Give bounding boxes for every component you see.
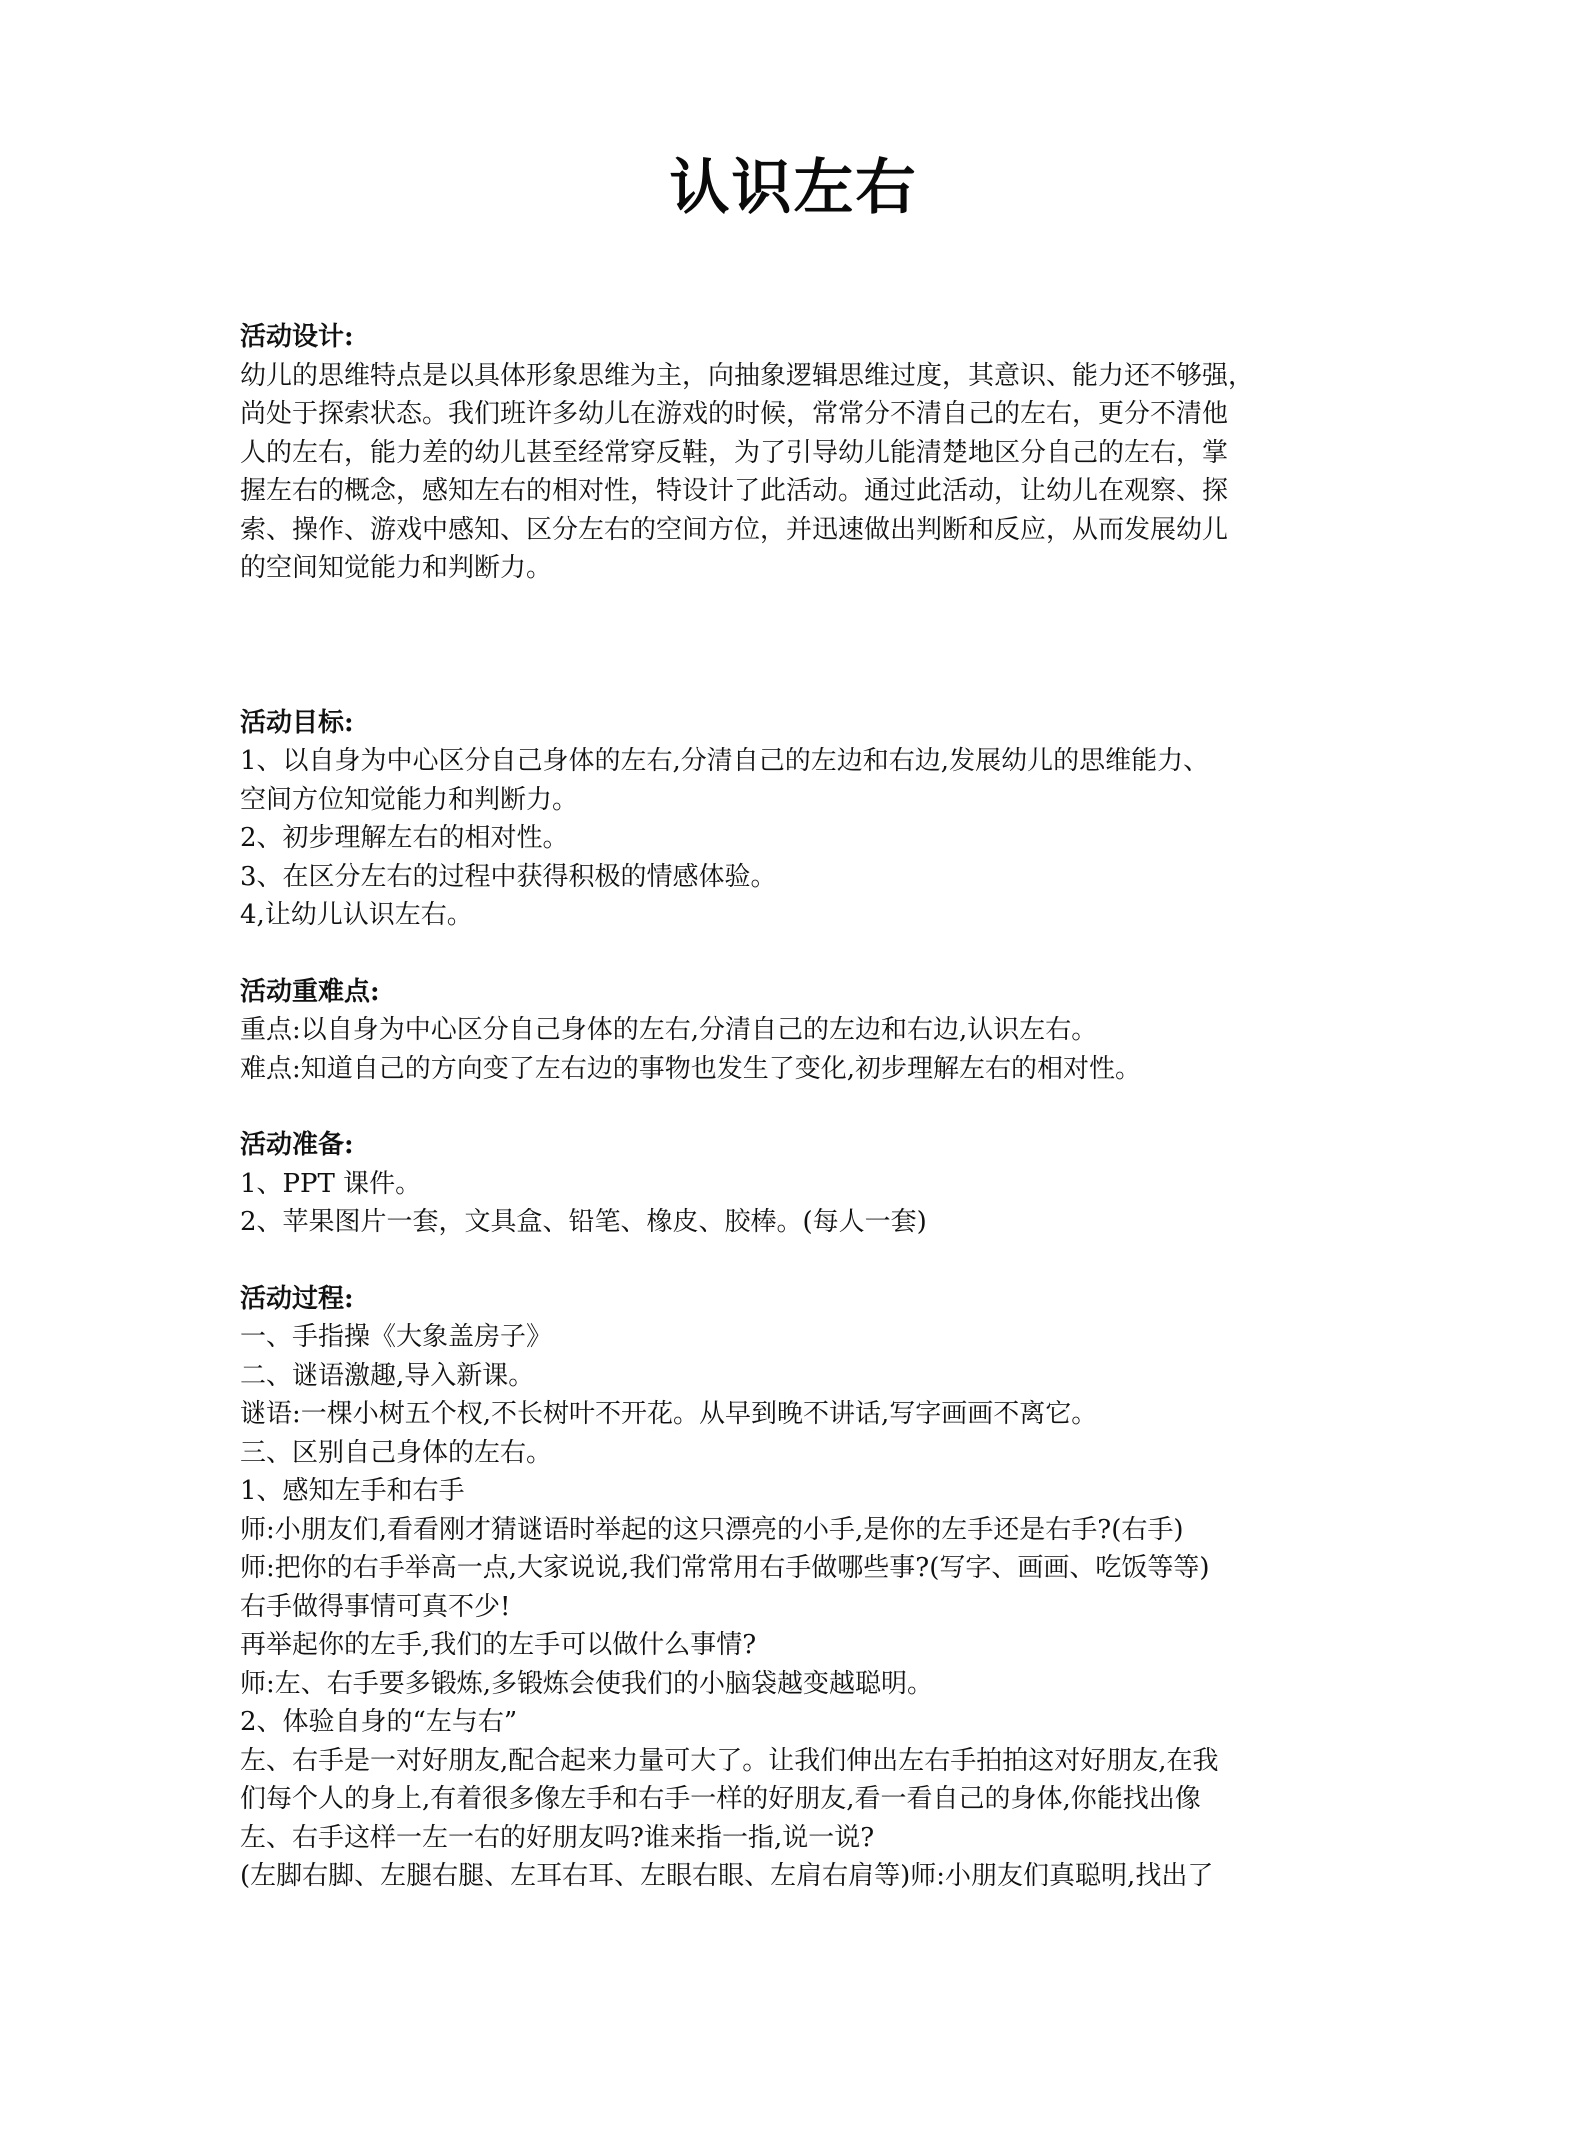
document-title: 认识左右: [0, 148, 1587, 228]
paragraph-line: 三、区别自己身体的左右。: [240, 1434, 1360, 1473]
list-item: 1、以自身为中心区分自己身体的左右,分清自己的左边和右边,发展幼儿的思维能力、: [240, 742, 1360, 781]
paragraph-line: 们每个人的身上,有着很多像左手和右手一样的好朋友,看一看自己的身体,你能找出像: [240, 1780, 1360, 1819]
list-item: 难点:知道自己的方向变了左右边的事物也发生了变化,初步理解左右的相对性。: [240, 1050, 1360, 1089]
paragraph-line: 左、右手是一对好朋友,配合起来力量可大了。让我们伸出左右手拍拍这对好朋友,在我: [240, 1742, 1360, 1781]
paragraph-line: 师:小朋友们,看看刚才猜谜语时举起的这只漂亮的小手,是你的左手还是右手?(右手): [240, 1511, 1360, 1550]
paragraph-line: 尚处于探索状态。我们班许多幼儿在游戏的时候，常常分不清自己的左右，更分不清他: [240, 395, 1360, 434]
paragraph-line: 握左右的概念，感知左右的相对性，特设计了此活动。通过此活动，让幼儿在观察、探: [240, 472, 1360, 511]
section-activity-preparation: 活动准备: 1、PPT 课件。 2、苹果图片一套，文具盒、铅笔、橡皮、胶棒。(每…: [240, 1126, 1360, 1242]
paragraph-line: (左脚右脚、左腿右腿、左耳右耳、左眼右眼、左肩右肩等)师:小朋友们真聪明,找出了: [240, 1857, 1360, 1896]
paragraph-line: 的空间知觉能力和判断力。: [240, 549, 1360, 588]
list-item: 2、苹果图片一套，文具盒、铅笔、橡皮、胶棒。(每人一套): [240, 1203, 1360, 1242]
list-item: 4,让幼儿认识左右。: [240, 896, 1360, 935]
list-item: 3、在区分左右的过程中获得积极的情感体验。: [240, 858, 1360, 897]
paragraph-line: 再举起你的左手,我们的左手可以做什么事情?: [240, 1626, 1360, 1665]
list-item: 空间方位知觉能力和判断力。: [240, 781, 1360, 820]
paragraph-line: 幼儿的思维特点是以具体形象思维为主，向抽象逻辑思维过度，其意识、能力还不够强，: [240, 357, 1360, 396]
paragraph-line: 二、谜语激趣,导入新课。: [240, 1357, 1360, 1396]
paragraph-line: 2、体验自身的“左与右”: [240, 1703, 1360, 1742]
paragraph-line: 右手做得事情可真不少!: [240, 1588, 1360, 1627]
list-item: 2、初步理解左右的相对性。: [240, 819, 1360, 858]
document-page: 认识左右 活动设计: 幼儿的思维特点是以具体形象思维为主，向抽象逻辑思维过度，其…: [0, 0, 1587, 2130]
paragraph-line: 师:左、右手要多锻炼,多锻炼会使我们的小脑袋越变越聪明。: [240, 1665, 1360, 1704]
section-heading: 活动目标:: [240, 704, 1360, 743]
document-body: 活动设计: 幼儿的思维特点是以具体形象思维为主，向抽象逻辑思维过度，其意识、能力…: [240, 318, 1360, 1896]
paragraph-line: 左、右手这样一左一右的好朋友吗?谁来指一指,说一说?: [240, 1819, 1360, 1858]
spacer: [240, 1242, 1360, 1280]
section-activity-process: 活动过程: 一、手指操《大象盖房子》 二、谜语激趣,导入新课。 谜语:一棵小树五…: [240, 1280, 1360, 1896]
section-heading: 活动重难点:: [240, 973, 1360, 1012]
section-heading: 活动设计:: [240, 318, 1360, 357]
paragraph-line: 师:把你的右手举高一点,大家说说,我们常常用右手做哪些事?(写字、画画、吃饭等等…: [240, 1549, 1360, 1588]
spacer: [240, 588, 1360, 704]
list-item: 重点:以自身为中心区分自己身体的左右,分清自己的左边和右边,认识左右。: [240, 1011, 1360, 1050]
paragraph-line: 谜语:一棵小树五个杈,不长树叶不开花。从早到晚不讲话,写字画画不离它。: [240, 1395, 1360, 1434]
list-item: 1、PPT 课件。: [240, 1165, 1360, 1204]
section-heading: 活动过程:: [240, 1280, 1360, 1319]
section-key-difficult-points: 活动重难点: 重点:以自身为中心区分自己身体的左右,分清自己的左边和右边,认识左…: [240, 973, 1360, 1089]
spacer: [240, 935, 1360, 973]
paragraph-line: 1、感知左手和右手: [240, 1472, 1360, 1511]
section-activity-design: 活动设计: 幼儿的思维特点是以具体形象思维为主，向抽象逻辑思维过度，其意识、能力…: [240, 318, 1360, 588]
section-heading: 活动准备:: [240, 1126, 1360, 1165]
paragraph-line: 人的左右，能力差的幼儿甚至经常穿反鞋，为了引导幼儿能清楚地区分自己的左右，掌: [240, 434, 1360, 473]
paragraph-line: 索、操作、游戏中感知、区分左右的空间方位，并迅速做出判断和反应，从而发展幼儿: [240, 511, 1360, 550]
section-activity-goals: 活动目标: 1、以自身为中心区分自己身体的左右,分清自己的左边和右边,发展幼儿的…: [240, 704, 1360, 935]
spacer: [240, 1088, 1360, 1126]
paragraph-line: 一、手指操《大象盖房子》: [240, 1318, 1360, 1357]
